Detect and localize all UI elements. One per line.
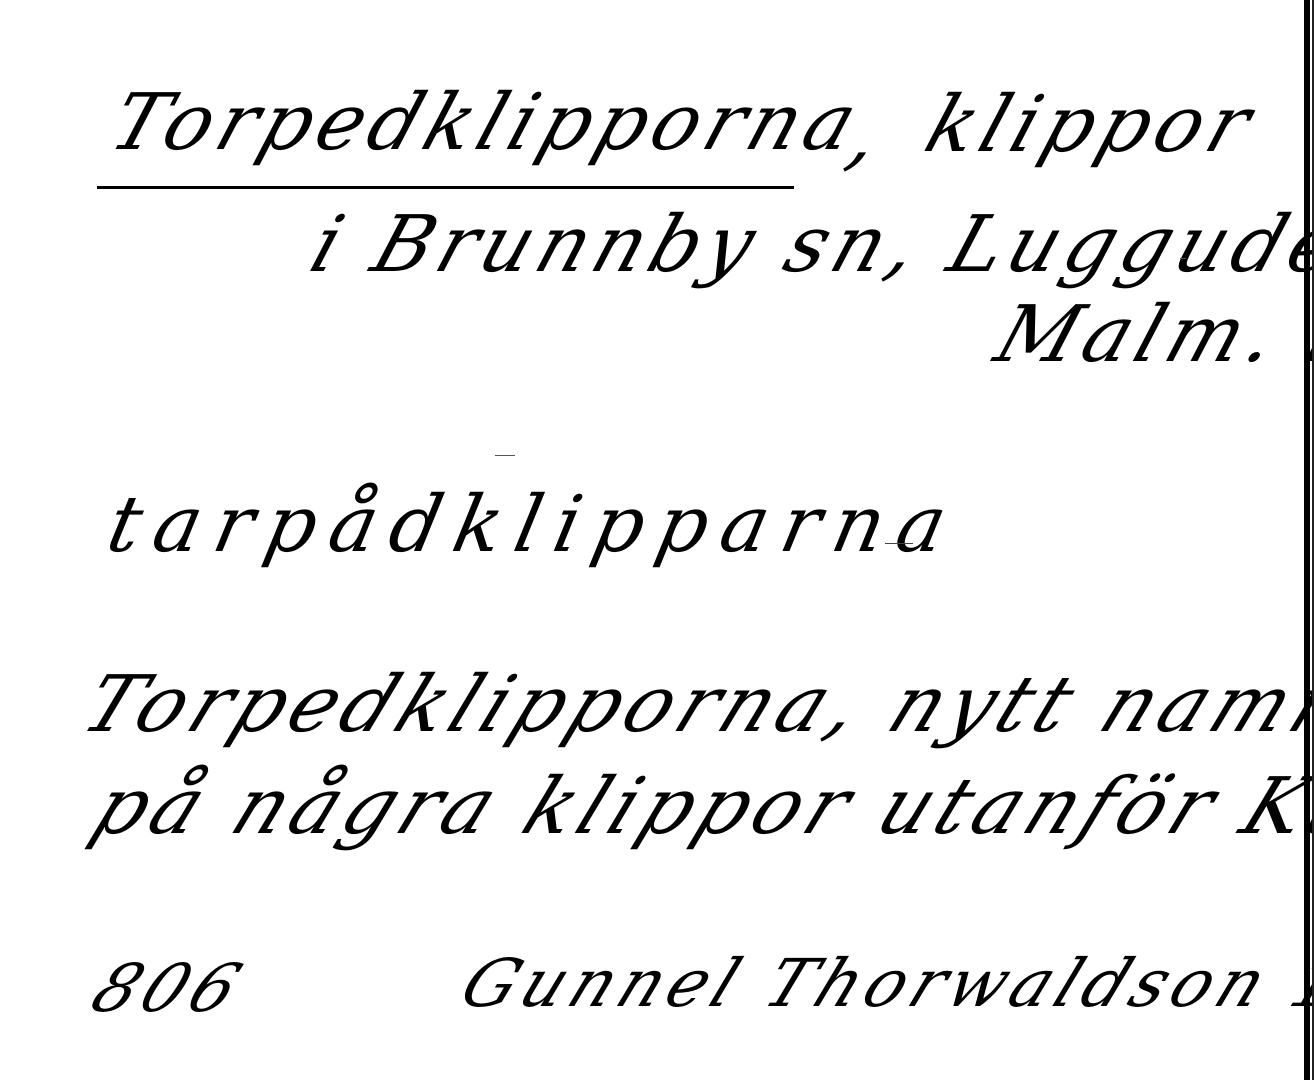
description-line-1: Torpedklipporna, nytt namn xyxy=(70,660,1314,750)
index-card: Torpedklipporna , klippor i Brunnby sn, … xyxy=(0,0,1314,1080)
scan-speck xyxy=(495,455,515,456)
card-right-edge xyxy=(1304,0,1310,1080)
scan-speck xyxy=(1180,258,1186,259)
place-name-heading: Torpedklipporna xyxy=(100,78,873,168)
county-line: Malm. l. xyxy=(985,290,1314,380)
collector-signature: Gunnel Thorwaldson 1945. xyxy=(450,945,1314,1022)
dash-mark xyxy=(885,543,913,544)
reference-number: 806 xyxy=(80,950,258,1027)
description-line-2: på några klippor utanför Kullen. xyxy=(80,762,1314,852)
heading-category: klippor xyxy=(915,80,1268,170)
phonetic-transcription: tarpådklipparna xyxy=(100,480,968,570)
parish-district-line: i Brunnby sn, Luggude hd, xyxy=(300,200,1314,290)
heading-underline xyxy=(97,186,794,189)
